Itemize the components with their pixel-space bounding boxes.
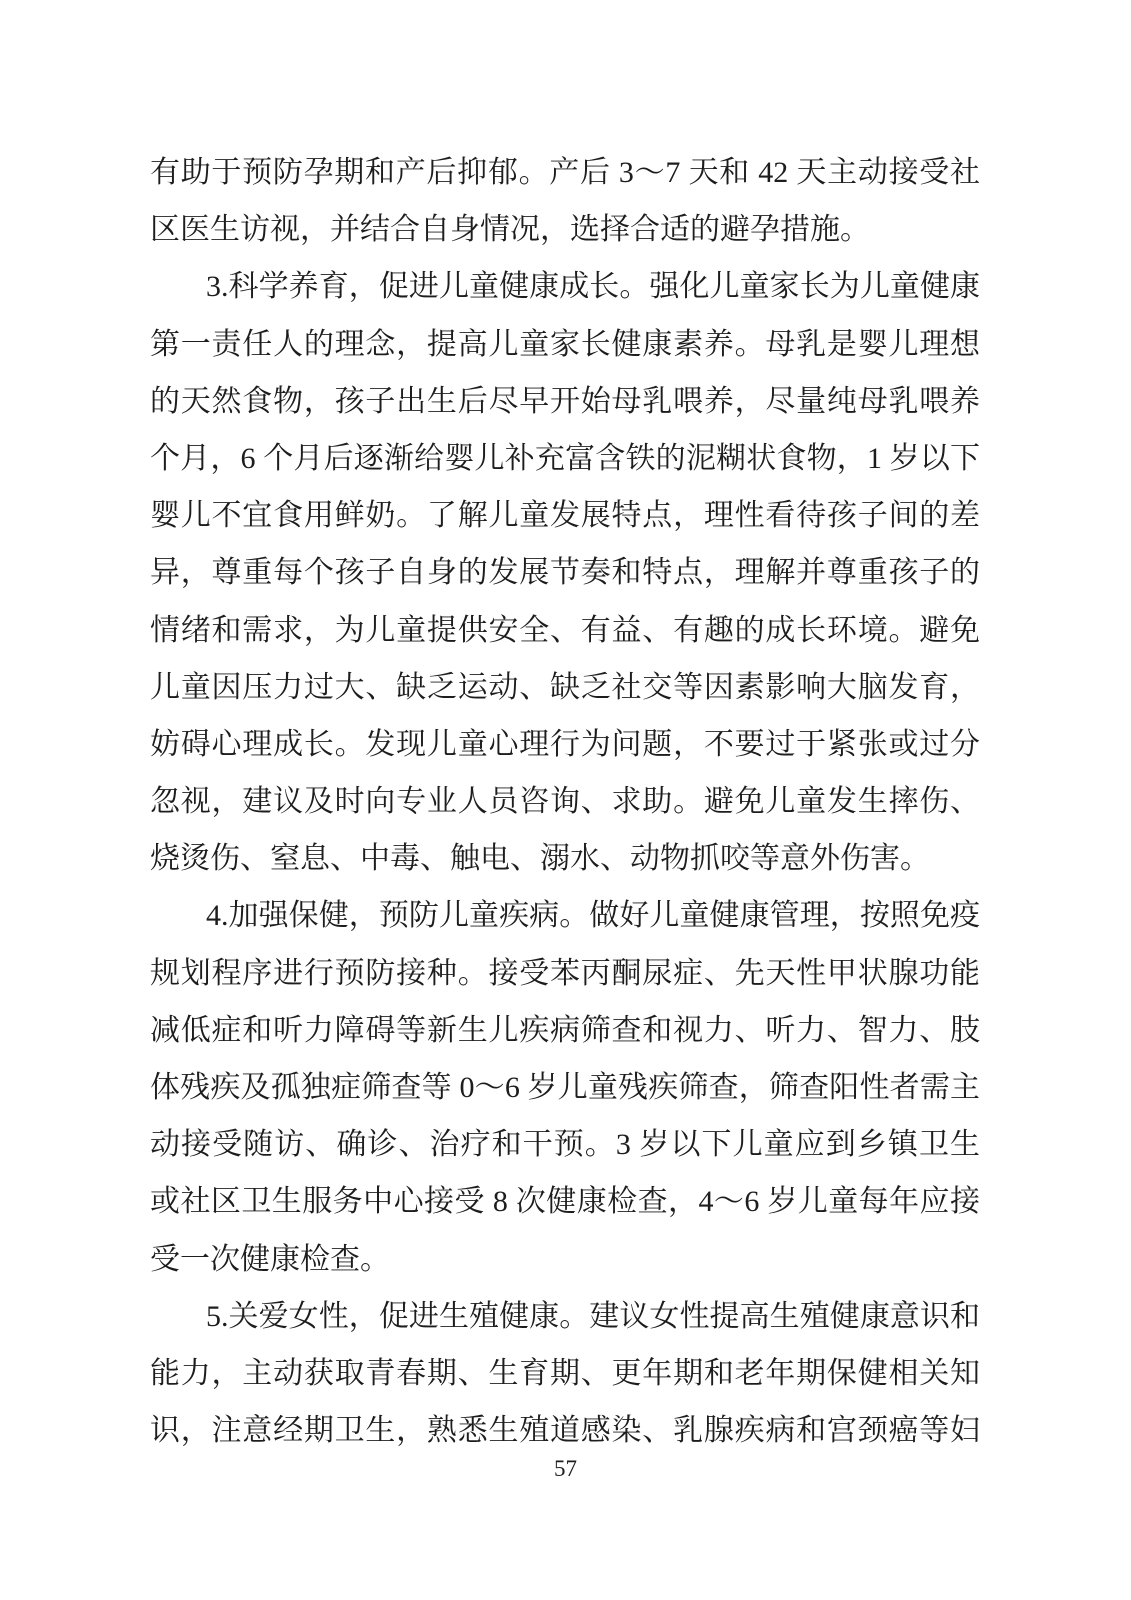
text-line: 或社区卫生服务中心接受 8 次健康检查，4～6 岁儿童每年应接 xyxy=(150,1173,980,1230)
page-number: 57 xyxy=(0,1455,1131,1483)
text-line: 受一次健康检查。 xyxy=(150,1231,980,1288)
text-line: 识，注意经期卫生，熟悉生殖道感染、乳腺疾病和宫颈癌等妇 xyxy=(150,1402,980,1459)
text-line: 儿童因压力过大、缺乏运动、缺乏社交等因素影响大脑发育， xyxy=(150,659,980,716)
text-line: 第一责任人的理念，提高儿童家长健康素养。母乳是婴儿理想 xyxy=(150,316,980,373)
text-line: 有助于预防孕期和产后抑郁。产后 3～7 天和 42 天主动接受社 xyxy=(150,144,980,201)
text-line: 情绪和需求，为儿童提供安全、有益、有趣的成长环境。避免 xyxy=(150,602,980,659)
text-line: 体残疾及孤独症筛查等 0～6 岁儿童残疾筛查，筛查阳性者需主 xyxy=(150,1059,980,1116)
text-line: 区医生访视，并结合自身情况，选择合适的避孕措施。 xyxy=(150,201,980,258)
text-line: 能力，主动获取青春期、生育期、更年期和老年期保健相关知 xyxy=(150,1345,980,1402)
text-line: 忽视，建议及时向专业人员咨询、求助。避免儿童发生摔伤、 xyxy=(150,773,980,830)
text-line: 妨碍心理成长。发现儿童心理行为问题，不要过于紧张或过分 xyxy=(150,716,980,773)
text-line: 婴儿不宜食用鲜奶。了解儿童发展特点，理性看待孩子间的差 xyxy=(150,487,980,544)
text-line: 5.关爱女性，促进生殖健康。建议女性提高生殖健康意识和 xyxy=(150,1288,980,1345)
text-line: 4.加强保健，预防儿童疾病。做好儿童健康管理，按照免疫 xyxy=(150,887,980,944)
text-line: 规划程序进行预防接种。接受苯丙酮尿症、先天性甲状腺功能 xyxy=(150,945,980,1002)
text-line: 的天然食物，孩子出生后尽早开始母乳喂养，尽量纯母乳喂养 6 xyxy=(150,373,980,430)
text-line: 异，尊重每个孩子自身的发展节奏和特点，理解并尊重孩子的 xyxy=(150,544,980,601)
text-line: 烧烫伤、窒息、中毒、触电、溺水、动物抓咬等意外伤害。 xyxy=(150,830,980,887)
text-line: 动接受随访、确诊、治疗和干预。3 岁以下儿童应到乡镇卫生院 xyxy=(150,1116,980,1173)
document-body: 有助于预防孕期和产后抑郁。产后 3～7 天和 42 天主动接受社区医生访视，并结… xyxy=(150,144,980,1459)
text-line: 减低症和听力障碍等新生儿疾病筛查和视力、听力、智力、肢 xyxy=(150,1002,980,1059)
document-page: 有助于预防孕期和产后抑郁。产后 3～7 天和 42 天主动接受社区医生访视，并结… xyxy=(0,0,1131,1600)
text-line: 3.科学养育，促进儿童健康成长。强化儿童家长为儿童健康 xyxy=(150,258,980,315)
text-line: 个月，6 个月后逐渐给婴儿补充富含铁的泥糊状食物，1 岁以下 xyxy=(150,430,980,487)
